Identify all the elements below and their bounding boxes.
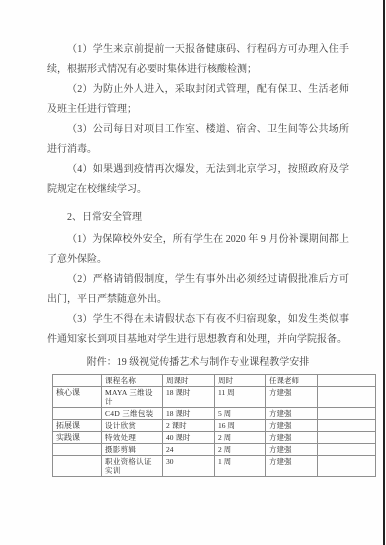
header-category	[53, 375, 102, 387]
header-extra	[318, 375, 376, 387]
cell-weekly-hours: 18 课时	[163, 387, 215, 408]
cell-course-name: C4D 三维包装	[102, 408, 163, 420]
cell-weeks: 11 周	[215, 387, 266, 408]
table-row: 职业资格认证实训 30 1 周 方建强	[53, 456, 376, 477]
table-row: 摄影剪辑 24 2 周 方建强	[53, 444, 376, 456]
cell-extra	[318, 408, 376, 420]
cell-weeks: 5 周	[215, 408, 266, 420]
table-row: 核心课 MAYA 三维设计 18 课时 11 周 方建强	[53, 387, 376, 408]
cell-weeks: 16 周	[215, 420, 266, 432]
table-row: 拓展课 设计欣赏 2 课时 16 周 方建强	[53, 420, 376, 432]
cell-weekly-hours: 40 课时	[163, 432, 215, 444]
cell-weeks: 2 周	[215, 444, 266, 456]
cell-category: 实践课	[53, 432, 102, 444]
attachment-title: 附件：19 级视觉传播艺术与制作专业课程教学安排	[47, 355, 349, 370]
document-page: （1）学生来京前提前一天报备健康码、行程码方可办理入住手续，根据形式情况有必要时…	[0, 0, 386, 545]
table-row: 实践课 特效处理 40 课时 2 周 方建强	[53, 432, 376, 444]
cell-category	[53, 444, 102, 456]
table-row: C4D 三维包装 18 课时 5 周 方建强	[53, 408, 376, 420]
cell-course-name: MAYA 三维设计	[102, 387, 163, 408]
cell-weekly-hours: 18 课时	[163, 408, 215, 420]
cell-weekly-hours: 24	[163, 444, 215, 456]
paragraph: （1）为保障校外安全，所有学生在 2020 年 9 月份补课期间都上了意外保险。	[47, 230, 349, 270]
cell-category: 拓展课	[53, 420, 102, 432]
paragraph: （3）公司每日对项目工作室、楼道、宿舍、卫生间等公共场所进行消毒。	[47, 120, 349, 160]
cell-weeks: 2 周	[215, 432, 266, 444]
course-schedule-table: 课程名称 周课时 周时 任课老师 核心课 MAYA 三维设计 18 课时 11 …	[52, 374, 376, 477]
cell-weekly-hours: 2 课时	[163, 420, 215, 432]
cell-category	[53, 408, 102, 420]
cell-course-name: 职业资格认证实训	[102, 456, 163, 477]
header-weeks: 周时	[215, 375, 266, 387]
cell-course-name: 设计欣赏	[102, 420, 163, 432]
document-content: （1）学生来京前提前一天报备健康码、行程码方可办理入住手续，根据形式情况有必要时…	[47, 40, 349, 477]
cell-extra	[318, 444, 376, 456]
header-weekly-hours: 周课时	[163, 375, 215, 387]
cell-teacher: 方建强	[266, 456, 318, 477]
header-teacher: 任课老师	[266, 375, 318, 387]
cell-category: 核心课	[53, 387, 102, 408]
cell-extra	[318, 420, 376, 432]
cell-course-name: 特效处理	[102, 432, 163, 444]
table-header-row: 课程名称 周课时 周时 任课老师	[53, 375, 376, 387]
header-course-name: 课程名称	[102, 375, 163, 387]
cell-extra	[318, 432, 376, 444]
cell-weekly-hours: 30	[163, 456, 215, 477]
paragraph: （3）学生不得在未请假状态下有夜不归宿现象，如发生类似事件通知家长到项目基地对学…	[47, 310, 349, 350]
page-edge-line	[383, 0, 385, 545]
paragraph: （2）严格请销假制度，学生有事外出必须经过请假批准后方可出门，平日严禁随意外出。	[47, 270, 349, 310]
cell-category	[53, 456, 102, 477]
paragraph: （2）为防止外人进入，采取封闭式管理，配有保卫、生活老师及班主任进行管理；	[47, 80, 349, 120]
cell-weeks: 1 周	[215, 456, 266, 477]
cell-course-name: 摄影剪辑	[102, 444, 163, 456]
cell-extra	[318, 456, 376, 477]
section-heading: 2、日常安全管理	[47, 208, 349, 228]
cell-teacher: 方建强	[266, 387, 318, 408]
cell-teacher: 方建强	[266, 444, 318, 456]
paragraph: （1）学生来京前提前一天报备健康码、行程码方可办理入住手续，根据形式情况有必要时…	[47, 40, 349, 80]
cell-teacher: 方建强	[266, 408, 318, 420]
cell-teacher: 方建强	[266, 420, 318, 432]
cell-teacher: 方建强	[266, 432, 318, 444]
cell-extra	[318, 387, 376, 408]
paragraph: （4）如果遇到疫情再次爆发，无法到北京学习，按照政府及学院规定在校继续学习。	[47, 160, 349, 200]
